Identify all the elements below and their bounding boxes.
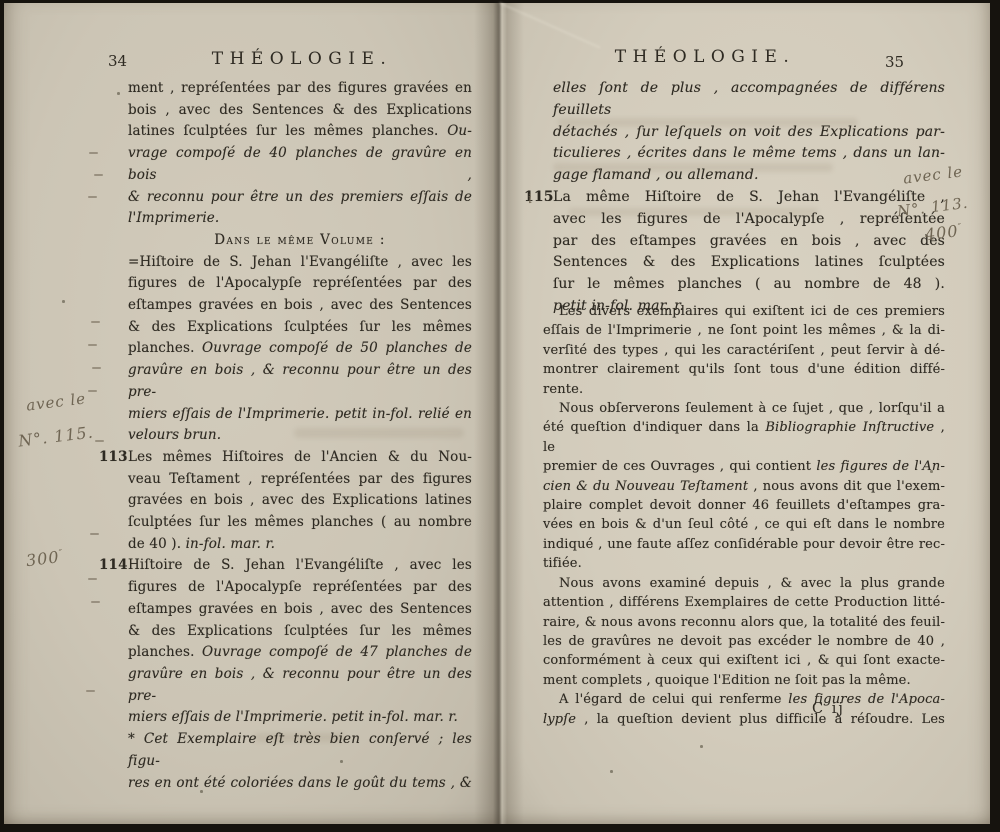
text-line: ment complets , quoique l'Edition ne ſoi…	[543, 671, 945, 690]
line-roman: été queſtion d'indiquer dans la	[543, 420, 765, 435]
pen-dash	[91, 601, 100, 603]
pen-dash	[88, 578, 97, 580]
line-roman: vées en bois & d'un ſeul côté , ce qui e…	[543, 517, 945, 532]
text-line: =Hiſtoire de S. Jehan l'Evangéliſte , av…	[128, 252, 472, 274]
line-roman: Les divers exemplaires qui exiſtent ici …	[559, 304, 945, 319]
text-line: montrer clairement qu'ils ſont tous d'un…	[543, 360, 945, 379]
pen-dash	[90, 533, 99, 535]
text-line: 115La même Hiſtoire de S. Jehan l'Evangé…	[553, 187, 945, 209]
text-line: tifiée.	[543, 554, 945, 573]
text-line: & des Explications ſculptées ſur les mêm…	[128, 621, 472, 643]
line-roman: attention , différens Exemplaires de cet…	[543, 595, 945, 610]
line-roman: eſtampes gravées en bois , avec des Sent…	[128, 601, 472, 617]
line-italic: ticulieres , écrites dans le même tems ,…	[553, 145, 945, 161]
text-line: Les divers exemplaires qui exiſtent ici …	[543, 302, 945, 321]
line-roman: les de gravûres ne devoit pas excéder le…	[543, 634, 945, 649]
line-italic: Bibliographie Inſtructive	[765, 420, 934, 435]
text-line: & des Explications ſculptées ſur les mêm…	[128, 317, 472, 339]
book-scan: THÉOLOGIE. 34 THÉOLOGIE. 35 ment , repré…	[0, 0, 1000, 832]
line-roman-after: , la queſtion devient plus difficile à r…	[576, 712, 945, 727]
line-roman: eſtampes gravées en bois , avec des Sent…	[128, 297, 472, 313]
text-line: miers eſſais de l'Imprimerie. petit in-f…	[128, 707, 472, 729]
text-line: planches. Ouvrage compoſé de 50 planches…	[128, 338, 472, 360]
running-header-left: THÉOLOGIE.	[152, 49, 452, 69]
text-line: veau Teſtament , repréſentées par des fi…	[128, 469, 472, 491]
text-line: figures de l'Apocalypſe repréſentées par…	[128, 273, 472, 295]
line-roman: planches.	[128, 644, 202, 660]
pen-dash	[89, 152, 98, 154]
text-line: vées en bois & d'un ſeul côté , ce qui e…	[543, 515, 945, 534]
text-line: plaire complet devoit donner 46 feuillet…	[543, 496, 945, 515]
text-line: l'Imprimerie.	[128, 208, 472, 230]
line-italic: in-fol. mar. r.	[186, 536, 276, 552]
signature-mark: C ij	[812, 701, 845, 717]
body-text-right-note: Les divers exemplaires qui exiſtent ici …	[543, 302, 945, 729]
text-line: ment , repréſentées par des figures grav…	[128, 78, 472, 100]
text-line: gage flamand , ou allemand.	[553, 165, 945, 187]
line-roman: premier de ces Ouvrages , qui contient	[543, 459, 816, 474]
line-roman: conformément à ceux qui exiſtent ici , &…	[543, 653, 945, 668]
line-roman: Dans le même Volume :	[214, 232, 386, 248]
ink-speck	[610, 770, 613, 773]
text-line: été queſtion d'indiquer dans la Bibliogr…	[543, 418, 945, 457]
text-line: res en ont été coloriées dans le goût du…	[128, 773, 472, 795]
text-line: Dans le même Volume :	[128, 230, 472, 252]
line-roman: A l'égard de celui qui renferme	[559, 692, 788, 707]
page-number-left: 34	[108, 52, 127, 70]
pen-dash	[94, 174, 103, 176]
line-roman: figures de l'Apocalypſe repréſentées par…	[128, 579, 472, 595]
line-roman: Hiſtoire de S. Jehan l'Evangéliſte , ave…	[128, 557, 472, 573]
line-roman: La même Hiſtoire de S. Jehan l'Evangéliſ…	[553, 189, 945, 205]
text-line: elles ſont de plus , accompagnées de dif…	[553, 78, 945, 122]
text-line: A l'égard de celui qui renferme les figu…	[543, 690, 945, 709]
line-roman: montrer clairement qu'ils ſont tous d'un…	[543, 362, 945, 377]
line-italic: gravûre en bois , & reconnu pour être un…	[128, 362, 472, 400]
pen-dash	[88, 344, 97, 346]
line-italic: Ouvrage compoſé de 50 planches de	[202, 340, 472, 356]
text-line: Nous obſerverons ſeulement à ce ſujet , …	[543, 399, 945, 418]
line-italic: Cet Exemplaire eſt très bien conſervé ; …	[128, 731, 472, 769]
text-line: les de gravûres ne devoit pas excéder le…	[543, 632, 945, 651]
line-roman: rente.	[543, 382, 583, 397]
line-italic: lypſe	[543, 712, 576, 727]
pen-dash	[86, 690, 95, 692]
entry-number: 113	[99, 447, 128, 469]
line-italic: res en ont été coloriées dans le goût du…	[128, 775, 472, 791]
line-roman: raire, & nous avons reconnu alors que, l…	[543, 615, 945, 630]
text-line: eſſais de l'Imprimerie , ne ſont point l…	[543, 321, 945, 340]
ink-speck	[700, 745, 703, 748]
text-line: avec les figures de l'Apocalypſe , repré…	[553, 209, 945, 231]
text-line: figures de l'Apocalypſe repréſentées par…	[128, 577, 472, 599]
ink-speck	[930, 470, 933, 473]
running-header-right: THÉOLOGIE.	[560, 47, 850, 67]
text-line: miers eſſais de l'Imprimerie. petit in-f…	[128, 404, 472, 426]
line-italic: l'Imprimerie.	[128, 210, 219, 226]
line-italic: & reconnu pour être un des premiers eſſa…	[128, 189, 472, 205]
line-italic: les figures de l'An-	[816, 459, 945, 474]
text-line: ſur le mêmes planches ( au nombre de 48 …	[553, 274, 945, 296]
text-line: raire, & nous avons reconnu alors que, l…	[543, 613, 945, 632]
text-line: latines ſculptées ſur les mêmes planches…	[128, 121, 472, 143]
line-roman: ſur le mêmes planches ( au nombre de 48 …	[553, 276, 945, 292]
text-line: 114Hiſtoire de S. Jehan l'Evangéliſte , …	[128, 555, 472, 577]
text-line: attention , différens Exemplaires de cet…	[543, 593, 945, 612]
line-italic: vrage compoſé de 40 planches de gravûre …	[128, 145, 472, 183]
text-line: & reconnu pour être un des premiers eſſa…	[128, 187, 472, 209]
text-line: planches. Ouvrage compoſé de 47 planches…	[128, 642, 472, 664]
line-italic: miers eſſais de l'Imprimerie. petit in-f…	[128, 406, 472, 422]
line-roman: Les mêmes Hiſtoires de l'Ancien & du Nou…	[128, 449, 472, 465]
entry-number: 114	[99, 555, 128, 577]
text-line: lypſe , la queſtion devient plus diffici…	[543, 710, 945, 729]
line-roman: eſſais de l'Imprimerie , ne ſont point l…	[543, 323, 945, 338]
text-line: Nous avons examiné depuis , & avec la pl…	[543, 574, 945, 593]
line-roman: par des eſtampes gravées en bois , avec …	[553, 233, 945, 249]
line-roman: =Hiſtoire de S. Jehan l'Evangéliſte , av…	[128, 254, 472, 270]
text-line: Sentences & des Explications latines ſcu…	[553, 252, 945, 274]
line-roman: verſité des types , qui les caractériſen…	[543, 343, 945, 358]
line-italic: cien & du Nouveau Teſtament	[543, 479, 748, 494]
line-italic: Ou-	[447, 123, 472, 139]
pen-dash	[88, 390, 97, 392]
text-line: indiqué , une faute aſſez conſidérable p…	[543, 535, 945, 554]
line-roman: & des Explications ſculptées ſur les mêm…	[128, 623, 472, 639]
text-line: de 40 ). in-fol. mar. r.	[128, 534, 472, 556]
line-roman: *	[128, 731, 144, 747]
ink-speck	[117, 92, 120, 95]
text-line: eſtampes gravées en bois , avec des Sent…	[128, 599, 472, 621]
line-roman-after: , nous avons dit que l'exem-	[748, 479, 945, 494]
line-italic: gravûre en bois , & reconnu pour être un…	[128, 666, 472, 704]
line-italic: gage flamand , ou allemand.	[553, 167, 759, 183]
text-line: velours brun.	[128, 425, 472, 447]
line-italic: détachés , ſur leſquels on voit des Expl…	[553, 124, 945, 140]
text-line: verſité des types , qui les caractériſen…	[543, 341, 945, 360]
line-italic: elles ſont de plus , accompagnées de dif…	[553, 80, 945, 118]
line-roman: tifiée.	[543, 556, 582, 571]
text-line: par des eſtampes gravées en bois , avec …	[553, 231, 945, 253]
price-value: 400	[924, 221, 960, 244]
page-number-right: 35	[885, 53, 904, 71]
line-roman: ſculptées ſur les mêmes planches ( au no…	[128, 514, 472, 530]
text-line: gravûre en bois , & reconnu pour être un…	[128, 360, 472, 403]
line-roman: plaire complet devoit donner 46 feuillet…	[543, 498, 945, 513]
line-roman: ment , repréſentées par des figures grav…	[128, 80, 472, 96]
line-italic: Ouvrage compoſé de 47 planches de	[202, 644, 472, 660]
text-line: cien & du Nouveau Teſtament , nous avons…	[543, 477, 945, 496]
ink-speck	[62, 300, 65, 303]
text-line: ſculptées ſur les mêmes planches ( au no…	[128, 512, 472, 534]
line-italic: velours brun.	[128, 427, 221, 443]
line-roman: indiqué , une faute aſſez conſidérable p…	[543, 537, 945, 552]
line-roman: Sentences & des Explications latines ſcu…	[553, 254, 945, 270]
text-line: gravées en bois , avec des Explications …	[128, 490, 472, 512]
text-line: premier de ces Ouvrages , qui contient l…	[543, 457, 945, 476]
text-line: rente.	[543, 380, 945, 399]
text-line: eſtampes gravées en bois , avec des Sent…	[128, 295, 472, 317]
text-line: détachés , ſur leſquels on voit des Expl…	[553, 122, 945, 144]
line-roman: latines ſculptées ſur les mêmes planches…	[128, 123, 447, 139]
line-italic: miers eſſais de l'Imprimerie. petit in-f…	[128, 709, 458, 725]
line-roman: gravées en bois , avec des Explications …	[128, 492, 472, 508]
line-roman: figures de l'Apocalypſe repréſentées par…	[128, 275, 472, 291]
line-roman: planches.	[128, 340, 202, 356]
text-line: 113Les mêmes Hiſtoires de l'Ancien & du …	[128, 447, 472, 469]
ink-speck	[340, 760, 343, 763]
body-text-right-main: elles ſont de plus , accompagnées de dif…	[553, 78, 945, 318]
line-roman: Nous avons examiné depuis , & avec la pl…	[559, 576, 945, 591]
pen-dash	[88, 196, 97, 198]
line-roman: & des Explications ſculptées ſur les mêm…	[128, 319, 472, 335]
ink-speck	[200, 790, 203, 793]
text-line: * Cet Exemplaire eſt très bien conſervé …	[128, 729, 472, 772]
line-roman: veau Teſtament , repréſentées par des fi…	[128, 471, 472, 487]
text-line: conformément à ceux qui exiſtent ici , &…	[543, 651, 945, 670]
line-roman: bois , avec des Sentences & des Explicat…	[128, 102, 472, 118]
line-roman: Nous obſerverons ſeulement à ce ſujet , …	[559, 401, 945, 416]
text-line: ticulieres , écrites dans le même tems ,…	[553, 143, 945, 165]
text-line: bois , avec des Sentences & des Explicat…	[128, 100, 472, 122]
pen-dash	[91, 321, 100, 323]
line-roman: de 40 ).	[128, 536, 186, 552]
line-roman: ment complets , quoique l'Edition ne ſoi…	[543, 673, 911, 688]
pen-dash	[92, 367, 101, 369]
body-text-left: ment , repréſentées par des figures grav…	[128, 78, 472, 794]
text-line: gravûre en bois , & reconnu pour être un…	[128, 664, 472, 707]
pen-dash	[95, 440, 104, 442]
line-roman: avec les figures de l'Apocalypſe , repré…	[553, 211, 945, 227]
text-line: vrage compoſé de 40 planches de gravûre …	[128, 143, 472, 186]
price-value: 300	[25, 547, 61, 570]
